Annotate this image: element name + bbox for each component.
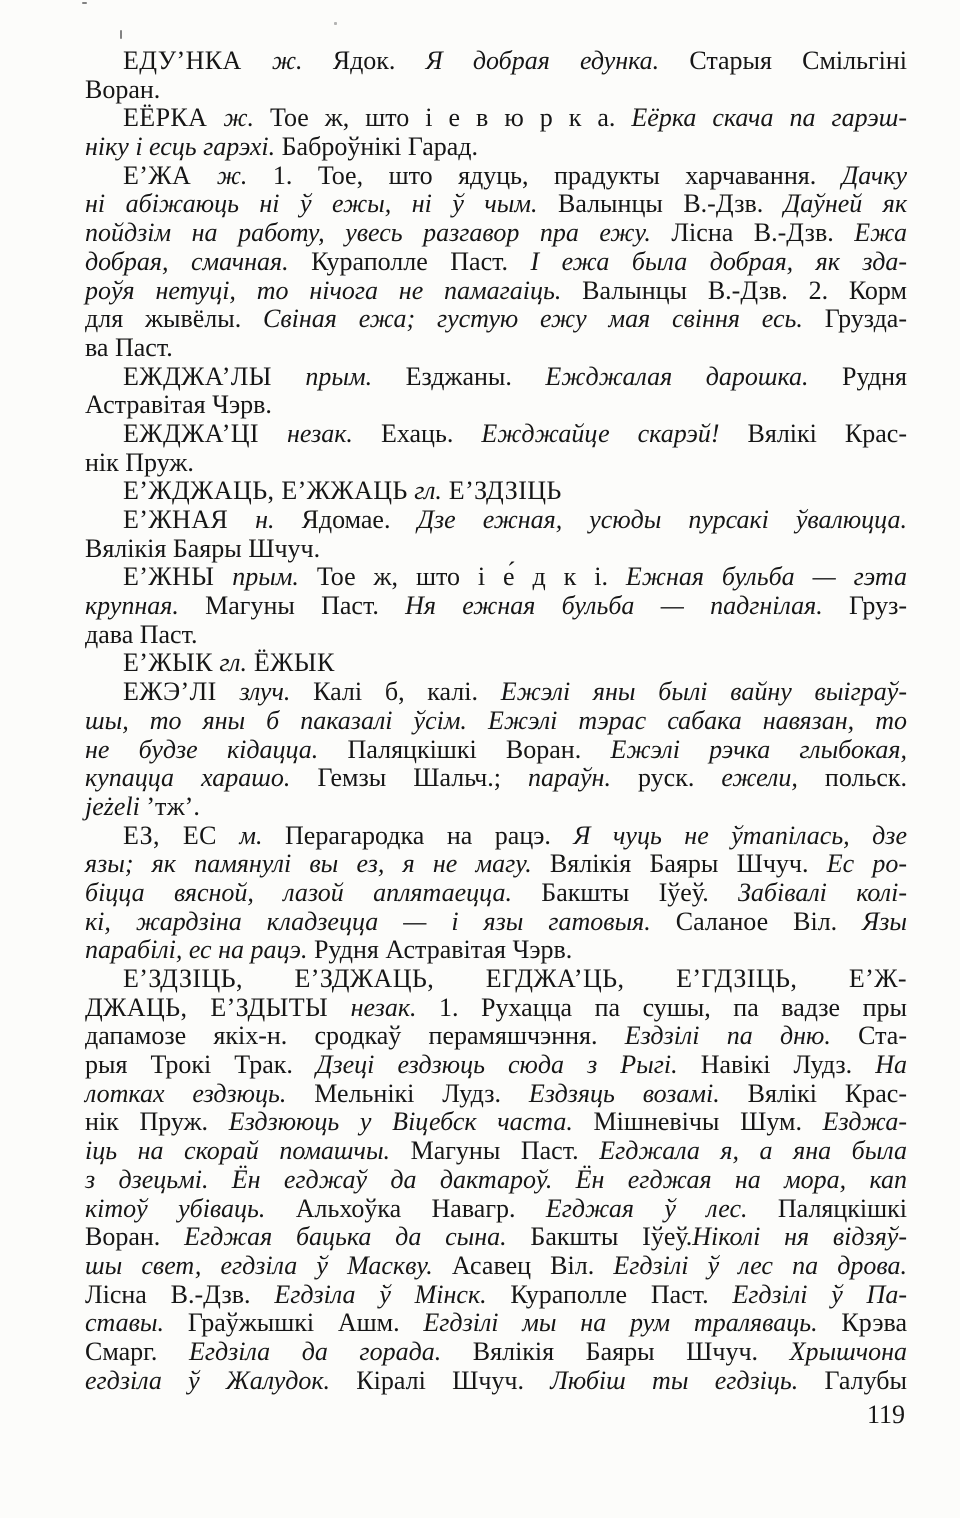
example-italic-text: Егдзілі ў Па- — [732, 1280, 907, 1309]
text-line: ва Паст. — [85, 334, 907, 363]
example-italic-text: Егджая бацька да сына. — [184, 1222, 507, 1251]
roman-text: Ядок. — [303, 46, 426, 75]
example-italic-text: Язы — [862, 907, 907, 936]
roman-text: Асавец Віл. — [433, 1251, 614, 1280]
text-line: крупная. Магуны Паст. Ня ежная бульба — … — [85, 592, 907, 621]
text-line: Лісна В.-Дзв. Егдзіла ў Мінск. Кураполле… — [85, 1281, 907, 1310]
roman-text: 1. Рухацца па сушы, па вадзе пры — [417, 993, 907, 1022]
example-italic-text: шы, то яны б паказалі ўсім. Ежэлі тэрас … — [85, 706, 907, 735]
example-italic-text: кі, жардзіна кладзецца — і язы гатовыя. — [85, 907, 651, 936]
text-line: для жывёлы. Свіная ежа; густую ежу мая с… — [85, 305, 907, 334]
roman-text: Езджаны. — [372, 362, 545, 391]
text-line: нік Пруж. — [85, 449, 907, 478]
roman-text: руск. — [611, 763, 721, 792]
scan-speck — [120, 30, 122, 39]
roman-text: Крэва — [818, 1308, 907, 1337]
roman-text: Ехаць. — [353, 419, 481, 448]
example-italic-text: Ежная бульба — гэта — [626, 562, 907, 591]
example-italic-text: ставы. — [85, 1308, 164, 1337]
latin-italic-text: jeżeli — [85, 792, 140, 821]
example-italic-text: злуч. — [217, 677, 291, 706]
roman-text: ва Паст. — [85, 333, 173, 362]
example-italic-text: н. — [228, 505, 274, 534]
page-number: 119 — [867, 1401, 905, 1429]
example-italic-text: з дзецьмі. Ён егджаў да дактароў. Ён егд… — [85, 1165, 907, 1194]
roman-text: Магуны Паст. — [179, 591, 405, 620]
example-italic-text: Егдзіла да горада. — [189, 1337, 441, 1366]
page-text: ЕДУ’НКА ж. Ядок. Я добрая едунка. Старыя… — [85, 47, 907, 1395]
text-line: Е’ЖДЖАЦЬ, Е’ЖЖАЦЬ гл. Е’ЗДЗІЦЬ — [85, 477, 907, 506]
headword: Е’ЖНАЯ — [123, 505, 228, 534]
example-italic-text: лотках ездзюць. — [85, 1079, 286, 1108]
example-italic-text: Я чуць не ўтапілась, дзе — [573, 821, 907, 850]
roman-text: дава Паст. — [85, 620, 198, 649]
example-italic-text: Ежэлі яны былі вайну выіграў- — [501, 677, 907, 706]
roman-text: Вялікія Баяры Шчуч. — [532, 849, 827, 878]
roman-text: Альхоўка Навагр. — [265, 1194, 546, 1223]
text-line: егдзіла ў Жалудок. Кіралі Шчуч. Любіш ты… — [85, 1367, 907, 1396]
text-line: ЕДУ’НКА ж. Ядок. Я добрая едунка. Старыя… — [85, 47, 907, 76]
example-italic-text: пойдзім на работу, увесь разгавор пра еж… — [85, 218, 651, 247]
roman-text: Вялікія Баяры Шчуч. — [441, 1337, 789, 1366]
text-line: Е’ЖА ж. 1. Тое, што ядуць, прадукты харч… — [85, 162, 907, 191]
text-line: шы свет, егдзіла ў Маскву. Асавец Віл. Е… — [85, 1252, 907, 1281]
example-italic-text: Еёрка скача па гарэш- — [631, 103, 907, 132]
text-line: купацца харашо. Гемзы Шальч.; параўн. ру… — [85, 764, 907, 793]
example-italic-text: Ня ежная бульба — падгнілая. — [405, 591, 823, 620]
text-line: Смарг. Егдзіла да горада. Вялікія Баяры … — [85, 1338, 907, 1367]
example-italic-text: Егдзілі мы на рум траляваць. — [423, 1308, 817, 1337]
roman-text: Воран. — [85, 75, 160, 104]
headword: ЕЖДЖА’ЦІ — [123, 419, 259, 448]
roman-text: Мельнікі Лудз. — [286, 1079, 529, 1108]
example-italic-text: Дзеці ездзюць сюда з Рыгі. — [316, 1050, 678, 1079]
example-italic-text: гл. — [213, 648, 247, 677]
example-italic-text: Даўней як — [784, 189, 907, 218]
example-italic-text: Дачку — [842, 161, 907, 190]
example-italic-text: Егдзілі ў лес па дрова. — [613, 1251, 907, 1280]
example-italic-text: добрая, смачная. — [85, 247, 289, 276]
example-italic-text: ні абіжаюць ні ў ежы, ні ў чым. — [85, 189, 537, 218]
example-italic-text: Ес ро- — [827, 849, 907, 878]
example-italic-text: ж. — [207, 103, 254, 132]
roman-text: Галубы — [798, 1366, 907, 1395]
example-italic-text: Ездзююць у Віцебск часта. — [229, 1107, 573, 1136]
headword: Е’ЗДЗІЦЬ, Е’ЗДЖАЦЬ, ЕГДЖА’ЦЬ, Е’ГДЗІЦЬ, … — [123, 964, 907, 993]
example-italic-text: Свіная ежа; густую ежу мая свіння есь. — [263, 304, 803, 333]
example-italic-text: біцца вясной, лазой аплятаецца. — [85, 878, 512, 907]
roman-text: Тое ж, што і е́ д к і. — [299, 562, 626, 591]
roman-text: ’тж’. — [140, 792, 200, 821]
text-line: Воран. Егджая бацька да сына. Бакшты Іўе… — [85, 1223, 907, 1252]
text-line: Воран. — [85, 76, 907, 105]
text-line: рыя Трокі Трак. Дзеці ездзюць сюда з Рыг… — [85, 1051, 907, 1080]
example-italic-text: не будзе кідацца. — [85, 735, 318, 764]
roman-text: Магуны Паст. — [390, 1136, 599, 1165]
text-line: не будзе кідацца. Паляцкішкі Воран. Ежэл… — [85, 736, 907, 765]
roman-text: нік Пруж. — [85, 448, 194, 477]
example-italic-text: Ездзілі па дню. — [625, 1021, 831, 1050]
text-line: jeżeli ’тж’. — [85, 793, 907, 822]
roman-text: Паляцкішкі — [748, 1194, 908, 1223]
text-line: ЕЗ, ЕС м. Перагародка на рацэ. Я чуць не… — [85, 822, 907, 851]
roman-text: нік Пруж. — [85, 1107, 229, 1136]
example-italic-text: незак. — [259, 419, 353, 448]
example-italic-text: незак. — [328, 993, 416, 1022]
example-italic-text: роўя нетуці, то нічога не памагаіць. — [85, 276, 561, 305]
example-italic-text: параўн. — [528, 763, 611, 792]
text-line: біцца вясной, лазой аплятаецца. Бакшты І… — [85, 879, 907, 908]
example-italic-text: крупная. — [85, 591, 179, 620]
roman-text: Кураполле Паст. — [289, 247, 531, 276]
text-line: Вялікія Баяры Шчуч. — [85, 535, 907, 564]
example-italic-text: Ежджалая дарошка. — [545, 362, 808, 391]
example-italic-text: кітоў убіваць. — [85, 1194, 265, 1223]
headword: Е’ЖЫК — [123, 648, 213, 677]
text-line: ЕЁРКА ж. Тое ж, што і е в ю р к а. Еёрка… — [85, 104, 907, 133]
example-italic-text: Ежджайце скарэй! — [481, 419, 719, 448]
roman-text: Саланое Віл. — [651, 907, 862, 936]
text-line: іць на скорай помашчы. Магуны Паст. Егдж… — [85, 1137, 907, 1166]
text-line: кі, жардзіна кладзецца — і язы гатовыя. … — [85, 908, 907, 937]
example-italic-text: гл. — [408, 476, 442, 505]
roman-text: для жывёлы. — [85, 304, 263, 333]
example-italic-text: прым. — [272, 362, 372, 391]
roman-text: Мішневічы Шум. — [573, 1107, 823, 1136]
text-line: ДЖАЦЬ, Е’ЗДЫТЫ незак. 1. Рухацца па сушы… — [85, 994, 907, 1023]
example-italic-text: Ежэлі рэчка глыбокая, — [610, 735, 907, 764]
example-italic-text: іць на скорай помашчы. — [85, 1136, 390, 1165]
example-italic-text: Егджала я, а яна была — [599, 1136, 907, 1165]
text-line: пойдзім на работу, увесь разгавор пра еж… — [85, 219, 907, 248]
roman-text: Калі б, калі. — [290, 677, 500, 706]
example-italic-text: Езджа- — [823, 1107, 907, 1136]
roman-text: Ста- — [831, 1021, 907, 1050]
text-line: Е’ЖЫК гл. ЁЖЫК — [85, 649, 907, 678]
dictionary-scan-page: ЕДУ’НКА ж. Ядок. Я добрая едунка. Старыя… — [0, 0, 960, 1518]
roman-text: Кіралі Шчуч. — [330, 1366, 550, 1395]
headword: Е’ЖА — [123, 161, 191, 190]
example-italic-text: Хрышчона — [790, 1337, 907, 1366]
roman-text: Кураполле Паст. — [487, 1280, 733, 1309]
roman-text: Астравітая Чэрв. — [85, 390, 272, 419]
text-line: нік Пруж. Ездзююць у Віцебск часта. Мішн… — [85, 1108, 907, 1137]
text-line: Е’ЗДЗІЦЬ, Е’ЗДЖАЦЬ, ЕГДЖА’ЦЬ, Е’ГДЗІЦЬ, … — [85, 965, 907, 994]
headword: ЕЁРКА — [123, 103, 207, 132]
roman-text: Перагародка на рацэ. — [262, 821, 573, 850]
text-line: язы; як памянулі вы ез, я не магу. Вялік… — [85, 850, 907, 879]
roman-text: Валынцы В.-Дзв. — [537, 189, 783, 218]
example-italic-text: Дзе ежная, усюды пурсакі ўвалюцца. — [417, 505, 907, 534]
roman-text: Граўжышкі Ашм. — [164, 1308, 423, 1337]
headword: Е’ЖДЖАЦЬ, Е’ЖЖАЦЬ — [123, 476, 408, 505]
example-italic-text: ж. — [242, 46, 303, 75]
text-line: ЕЖЭ’ЛІ злуч. Калі б, калі. Ежэлі яны был… — [85, 678, 907, 707]
text-line: ніку і есць гарэхі. Баброўнікі Гарад. — [85, 133, 907, 162]
text-line: лотках ездзюць. Мельнікі Лудз. Ездзяць в… — [85, 1080, 907, 1109]
example-italic-text: Егджая ў лес. — [546, 1194, 748, 1223]
example-italic-text: Забівалі колі- — [738, 878, 907, 907]
roman-text: Вялікі Крас- — [719, 419, 907, 448]
example-italic-text: Ежа — [854, 218, 907, 247]
roman-text: Вялікі Крас- — [720, 1079, 907, 1108]
example-italic-text: Егдзіла ў Мінск. — [274, 1280, 486, 1309]
roman-text: Рудня Астравітая Чэрв. — [307, 935, 572, 964]
example-italic-text: І ежа была добрая, як зда- — [531, 247, 907, 276]
roman-text: Смарг. — [85, 1337, 189, 1366]
roman-text: Грузда- — [803, 304, 907, 333]
text-line: ЕЖДЖА’ЛЫ прым. Езджаны. Ежджалая дарошка… — [85, 363, 907, 392]
roman-text: Гемзы Шальч.; — [290, 763, 528, 792]
headword: ДЖАЦЬ, Е’ЗДЫТЫ — [85, 993, 328, 1022]
headword: Е’ЗДЗІЦЬ — [442, 476, 562, 505]
text-line: кітоў убіваць. Альхоўка Навагр. Егджая ў… — [85, 1195, 907, 1224]
roman-text: Баброўнікі Гарад. — [275, 132, 478, 161]
text-line: дава Паст. — [85, 621, 907, 650]
text-line: ЕЖДЖА’ЦІ незак. Ехаць. Ежджайце скарэй! … — [85, 420, 907, 449]
example-italic-text: парабілі, ес на рацэ. — [85, 935, 307, 964]
roman-text: Лісна В.-Дзв. — [85, 1280, 274, 1309]
roman-text: польск. — [798, 763, 907, 792]
text-line: роўя нетуці, то нічога не памагаіць. Вал… — [85, 277, 907, 306]
roman-text: 1. Тое, што ядуць, прадукты харчавання. — [247, 161, 841, 190]
text-line: дапамозе якіх-н. сродкаў перамяшчэння. Е… — [85, 1022, 907, 1051]
scan-speck — [334, 22, 337, 25]
roman-text: Ядомае. — [275, 505, 418, 534]
scan-speck — [82, 2, 87, 4]
example-italic-text: купацца харашо. — [85, 763, 290, 792]
text-line: Е’ЖНАЯ н. Ядомае. Дзе ежная, усюды пурса… — [85, 506, 907, 535]
roman-text: Паляцкішкі Воран. — [318, 735, 610, 764]
example-italic-text: егдзіла ў Жалудок. — [85, 1366, 330, 1395]
headword: ЁЖЫК — [247, 648, 335, 677]
example-italic-text: На — [875, 1050, 907, 1079]
roman-text: Валынцы В.-Дзв. 2. Корм — [561, 276, 907, 305]
roman-text: Вялікія Баяры Шчуч. — [85, 534, 320, 563]
headword: ЕЖЭ’ЛІ — [123, 677, 217, 706]
roman-text: рыя Трокі Трак. — [85, 1050, 316, 1079]
text-line: з дзецьмі. Ён егджаў да дактароў. Ён егд… — [85, 1166, 907, 1195]
text-line: добрая, смачная. Кураполле Паст. І ежа б… — [85, 248, 907, 277]
text-line: ставы. Граўжышкі Ашм. Егдзілі мы на рум … — [85, 1309, 907, 1338]
example-italic-text: ж. — [191, 161, 247, 190]
example-italic-text: ежели, — [721, 763, 797, 792]
roman-text: Воран. — [85, 1222, 184, 1251]
example-italic-text: Я добрая едунка. — [426, 46, 660, 75]
roman-text: Рудня — [809, 362, 907, 391]
example-italic-text: Любіш ты егдзіць. — [550, 1366, 798, 1395]
headword: ЕЗ, ЕС — [123, 821, 217, 850]
roman-text: Лісна В.-Дзв. — [651, 218, 854, 247]
text-line: парабілі, ес на рацэ. Рудня Астравітая Ч… — [85, 936, 907, 965]
text-line: ні абіжаюць ні ў ежы, ні ў чым. Валынцы … — [85, 190, 907, 219]
example-italic-text: язы; як памянулі вы ез, я не магу. — [85, 849, 532, 878]
text-line: Е’ЖНЫ прым. Тое ж, што і е́ д к і. Ежная… — [85, 563, 907, 592]
roman-text: Навікі Лудз. — [678, 1050, 876, 1079]
example-italic-text: прым. — [214, 562, 299, 591]
example-italic-text: ніку і есць гарэхі. — [85, 132, 275, 161]
example-italic-text: шы свет, егдзіла ў Маскву. — [85, 1251, 433, 1280]
roman-text: Бакшты Іўеў. — [512, 878, 738, 907]
headword: ЕЖДЖА’ЛЫ — [123, 362, 272, 391]
example-italic-text: Ездзяць возамі. — [529, 1079, 720, 1108]
example-italic-text: м. — [217, 821, 263, 850]
roman-text: Старыя Смільгіні — [659, 46, 907, 75]
headword: Е’ЖНЫ — [123, 562, 214, 591]
headword: ЕДУ’НКА — [123, 46, 242, 75]
text-line: шы, то яны б паказалі ўсім. Ежэлі тэрас … — [85, 707, 907, 736]
roman-text: Бакшты Іўеў. — [507, 1222, 693, 1251]
roman-text: Груз- — [823, 591, 907, 620]
example-italic-text: Ніколі ня відзяў- — [692, 1222, 907, 1251]
roman-text: дапамозе якіх-н. сродкаў перамяшчэння. — [85, 1021, 625, 1050]
text-line: Астравітая Чэрв. — [85, 391, 907, 420]
roman-text: Тое ж, што і е в ю р к а. — [254, 103, 631, 132]
